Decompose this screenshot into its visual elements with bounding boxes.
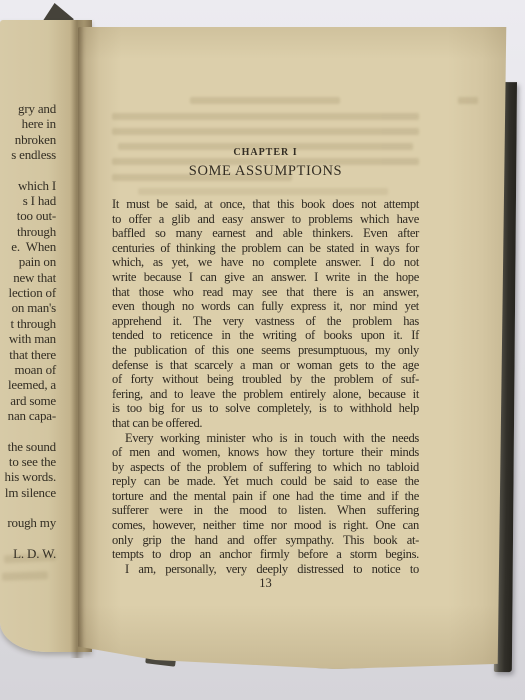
left-page-line: leemed, a — [0, 377, 56, 392]
body-line: I am, personally, very deeply distressed… — [112, 562, 419, 577]
left-page-line: with man — [0, 331, 56, 346]
left-page-line: through — [0, 224, 56, 239]
left-page-line: new that — [0, 270, 56, 285]
chapter-title: SOME ASSUMPTIONS — [112, 163, 419, 180]
body-line: by aspects of the problem of suffering t… — [112, 460, 419, 475]
left-page-line — [0, 423, 56, 438]
body-line: It must be said, at once, that this book… — [112, 197, 419, 212]
left-page-line: the sound — [0, 439, 56, 454]
left-page-line: gry and — [0, 101, 56, 116]
body-line: only grip the hand and offer sympathy. T… — [112, 533, 419, 548]
page-number: 13 — [112, 576, 419, 591]
left-page-line: pain on — [0, 254, 56, 269]
body-line: torture and the mental pain if one had t… — [112, 489, 419, 504]
left-page-line: too out- — [0, 208, 56, 223]
left-page-line: to see the — [0, 454, 56, 469]
body-line: of men and women, knows how they torture… — [112, 445, 419, 460]
left-page-line: lection of — [0, 285, 56, 300]
body-line: sufferer were in the mood to listen. Whe… — [112, 503, 419, 518]
body-line: that can be offered. — [112, 416, 419, 431]
show-through-ghost — [138, 188, 388, 195]
left-page-line: ard some — [0, 393, 56, 408]
body-line: write because I can give an answer. I wr… — [112, 270, 419, 285]
body-line: Every working minister who is in touch w… — [112, 431, 419, 446]
left-page-text-fragments: gry andhere innbrokens endlesswhich Is I… — [0, 101, 56, 561]
body-line: the publication of this one seems presum… — [112, 343, 419, 358]
left-page-line: e. When — [0, 239, 56, 254]
body-line: to offer a glib and easy answer to probl… — [112, 212, 419, 227]
paragraph: I am, personally, very deeply distressed… — [112, 562, 419, 577]
show-through-ghost — [2, 571, 48, 581]
body-line: comes, however, neither time nor mood is… — [112, 518, 419, 533]
left-page-line — [0, 162, 56, 177]
left-page-line — [0, 531, 56, 546]
body-line: of forty without being troubled by the p… — [112, 372, 419, 387]
left-page-line: that there — [0, 347, 56, 362]
body-line: which, as yet, we have no complete answe… — [112, 255, 419, 270]
page-body: It must be said, at once, that this book… — [112, 197, 419, 576]
body-line: reply can be made. Yet much could be sai… — [112, 474, 419, 489]
body-line: tempts to drop an anchor firmly before a… — [112, 547, 419, 562]
left-page-line: moan of — [0, 362, 56, 377]
paragraph: It must be said, at once, that this book… — [112, 197, 419, 431]
left-page-line: lm silence — [0, 485, 56, 500]
body-line: apprehend it. The very vastness of the p… — [112, 314, 419, 329]
body-line: is too big for us to solve completely, i… — [112, 401, 419, 416]
chapter-heading: CHAPTER I — [112, 147, 419, 158]
left-page-line: here in — [0, 116, 56, 131]
left-page-line: L. D. W. — [0, 546, 56, 561]
body-line: centuries of thinking the problem can be… — [112, 241, 419, 256]
show-through-ghost — [190, 97, 340, 104]
left-page-line — [0, 500, 56, 515]
show-through-ghost — [112, 128, 419, 135]
left-page-line: nan capa- — [0, 408, 56, 423]
left-page-line: rough my — [0, 515, 56, 530]
left-page-line: s endless — [0, 147, 56, 162]
left-page-line: t through — [0, 316, 56, 331]
right-page: CHAPTER I SOME ASSUMPTIONS It must be sa… — [78, 27, 508, 669]
body-line: fering, and to leave the problem entirel… — [112, 387, 419, 402]
paragraph: Every working minister who is in touch w… — [112, 431, 419, 562]
body-line: defense is that scarcely a man or woman … — [112, 358, 419, 373]
body-line: that those who read may see that there i… — [112, 285, 419, 300]
body-line: even though no words can fully express i… — [112, 299, 419, 314]
body-line: baffled so many earnest and able thinker… — [112, 226, 419, 241]
left-page-line: which I — [0, 178, 56, 193]
photo-background: gry andhere innbrokens endlesswhich Is I… — [0, 0, 525, 700]
show-through-ghost — [112, 113, 419, 120]
left-page-line: his words. — [0, 469, 56, 484]
left-page-line: s I had — [0, 193, 56, 208]
body-line: tended to reticence in the writing of bo… — [112, 328, 419, 343]
show-through-ghost — [458, 97, 478, 104]
left-page-line: nbroken — [0, 132, 56, 147]
left-page-line: on man's — [0, 300, 56, 315]
